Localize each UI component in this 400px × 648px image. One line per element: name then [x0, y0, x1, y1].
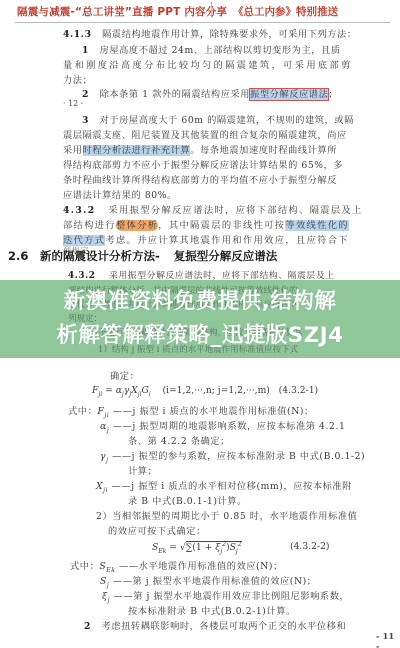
where1-def-3: Xji ——j 振型 i 质点的水平相对位移(mm)，应按本标准附 [96, 478, 352, 494]
formula-condition: (i=1,2,···,n; j=1,2,···,m) [162, 385, 269, 396]
item-3-line-3: 采用时程分析法进行补充计算。每条地震加速度时程曲线计算所 [63, 142, 337, 156]
clause-4-3-2-upper-line-2: 部结构进行整体分析，其中隔震层的非线性可按等效线性化的 [63, 217, 349, 231]
definition-text: ——j 振型周期的地震影响系数，应按本标准第 4.2.1 [113, 421, 346, 432]
text: 部结构进行 [63, 220, 116, 231]
page-number: - 11 - [376, 632, 400, 648]
item-1-line-1: 1 房屋高度不超过 24m、上部结构以剪切变形为主，且质 [82, 42, 341, 56]
item-3-line-6: 应谱法计算结果的 80%。 [63, 187, 177, 201]
item-3-line-5: 条时程曲线计算所得结构底部剪力的平均值不应小于振型分解反 [63, 172, 337, 186]
item-1-line-2: 量和刚度沿高度分布比较均匀的隔震建筑，可采用底部剪 [63, 57, 353, 71]
where2-def-2-cont: 按本标准附录 B 中式(B.0.2-1)计算。 [128, 603, 296, 617]
item-2: 2 除本条第 1 款外的隔震结构应采用振型分解反应谱法； [82, 86, 338, 100]
clause-4-3-2-upper-line-1: 4.3.2 采用振型分解反应谱法时，应将下部结构、隔震层及上 [63, 202, 363, 216]
item-2-torsion: 2 考虑扭转耦联影响时，各楼层可取两个正交的水平位移和 [84, 618, 346, 632]
item-text: 对于房屋高度大于 60m 的隔震建筑，不规则的建筑，或隔 [100, 115, 354, 126]
text: 。每条地震加速度时程曲线计算所 [190, 145, 337, 156]
sub1-line-2: 确定： [110, 368, 139, 382]
where1-def-2-cont: 计算； [128, 463, 157, 477]
definition-text: ——j 振型的参与系数，应按本标准附录 B 中式(B.0.1-2) [112, 451, 365, 462]
clause-4-1-3: 4.1.3 隔震结构地震作用计算，除特殊要求外，可采用下列方法： [63, 26, 357, 40]
where2-def-1: Sj ——第 j 振型水平地震作用标准值的效应(N)； [100, 573, 317, 589]
formula-tag-2: (4.3.2-2) [290, 541, 330, 552]
definition-text: ——第 j 振型水平地震作用效应非比例阻尼影响系数， [114, 591, 350, 602]
section-number: 2.6 [8, 249, 40, 263]
formula-tag: (4.3.2-1) [279, 385, 319, 396]
item-number: 3 [82, 115, 89, 126]
item-3-line-4: 得结构底部剪力不应小于振型分解反应谱法计算结果的 65%，多 [63, 157, 343, 171]
header-right-title: 《总工内参》特别推送 [233, 4, 338, 19]
header-divider [211, 2, 212, 18]
item-text: 考虑扭转耦联影响时，各楼层可取两个正交的水平位移和 [102, 621, 347, 632]
upper-page-mark: · 12 · [63, 99, 83, 108]
definition-text: ——j 振型 i 质点的水平相对位移(mm)，应按本标准附 [112, 481, 352, 492]
clause-text: 采用振型分解反应谱法时，应将下部结构、隔震层及上 [109, 205, 363, 216]
page-header: 隔震与减震-“总工讲堂”直播 PPT 内容分享 《总工内参》特别推送 [0, 0, 400, 22]
clause-text: 隔震结构地震作用计算，除特殊要求外，可采用下列方法： [102, 29, 356, 40]
item-3-line-2: 震层隔震支座、阻尼装置及其他装置的组合复杂的隔震建筑，尚应 [63, 127, 347, 141]
header-left-title: 隔震与减震-“总工讲堂”直播 PPT 内容分享 [17, 4, 227, 19]
highlight-equivalent-linear: 等效线性化的 [285, 220, 349, 231]
section-title-text: 新的隔震设计分析方法- [40, 249, 160, 263]
where2-def-2: ξj ——第 j 振型水平地震作用效应非比例阻尼影响系数， [102, 588, 349, 604]
where2-def-0: 式中：SEk ——水平地震作用标准值的效应(N)； [70, 558, 283, 574]
definition-text: ——j 振型 i 质点的水平地震作用标准值(N)； [113, 406, 314, 417]
overlay-banner: 部结构进行整体分析，其中隔震层的非线性可按等效线性化的 迭代方式考虑，并应计算其… [0, 280, 400, 358]
clause-4-3-2-upper-line-3: 迭代方式考虑。并应计算其地震作用和作用效应，且应符合下 [63, 232, 349, 246]
item-text: 除本条第 1 款外的隔震结构应采用 [100, 89, 251, 100]
banner-title-line-2: 析解答解释策略_迅捷版SZJ4 [0, 318, 400, 349]
clause-number: 4.1.3 [63, 29, 92, 40]
sub2-line-1: 2）当相邻振型的周期比小于 0.85 时，水平地震作用标准值 [96, 508, 357, 522]
where1-def-0: 式中：Fji ——j 振型 i 质点的水平地震作用标准值(N)； [68, 403, 314, 419]
where-label: 式中： [68, 406, 97, 417]
banner-title-line-1: 新澳准资料免费提供,结构解 [0, 284, 400, 315]
section-title: 2.6新的隔震设计分析方法-复振型分解反应谱法 [8, 248, 277, 264]
item-number: 1 [82, 45, 89, 56]
definition-text: ——水平地震作用标准值的效应(N)； [119, 561, 283, 572]
item-text: 房屋高度不超过 24m、上部结构以剪切变形为主，且质 [100, 45, 341, 56]
text: 考虑。并应计算其地震作用和作用效应，且应符合下 [105, 235, 349, 246]
where-label: 式中： [70, 561, 99, 572]
highlight-time-history: 时程分析法进行补充计算 [83, 145, 191, 156]
text: ，其中隔震层的非线性可按 [158, 220, 285, 231]
header-rule [15, 22, 390, 23]
highlight-mode-decomposition: 振型分解反应谱法 [250, 89, 328, 100]
formula-tag: (4.3.2-2) [290, 541, 330, 552]
where1-def-2: γj ——j 振型的参与系数，应按本标准附录 B 中式(B.0.1-2) [100, 448, 365, 464]
formula-4-3-2-1: Fji = αjγjXjiGi (i=1,2,···,n; j=1,2,···,… [92, 385, 318, 398]
definition-text: ——第 j 振型水平地震作用标准值的效应(N)； [113, 576, 317, 587]
item-number: 2 [84, 621, 91, 632]
sub2-line-2: 的效应可按下式确定： [108, 523, 206, 537]
highlight-integral-analysis: 整体分析 [116, 220, 158, 231]
text: 采用 [63, 145, 83, 156]
item-3-line-1: 3 对于房屋高度大于 60m 的隔震建筑，不规则的建筑，或隔 [82, 112, 354, 126]
clause-number: 4.3.2 [63, 205, 96, 216]
formula-4-3-2-2: SEk = √∑(1 + ξj2)Sj2 [152, 541, 242, 555]
item-text-end: ； [328, 89, 338, 100]
where1-def-1-cont: 条、第 4.2.2 条确定； [128, 433, 230, 447]
item-1-line-3: 力法； [63, 72, 92, 86]
section-subtitle: 复振型分解反应谱法 [174, 249, 278, 263]
where1-def-3-cont: 录 B 中式(B.0.1-1)计算。 [128, 493, 247, 507]
where1-def-1: αj ——j 振型周期的地震影响系数，应按本标准第 4.2.1 [100, 418, 345, 434]
